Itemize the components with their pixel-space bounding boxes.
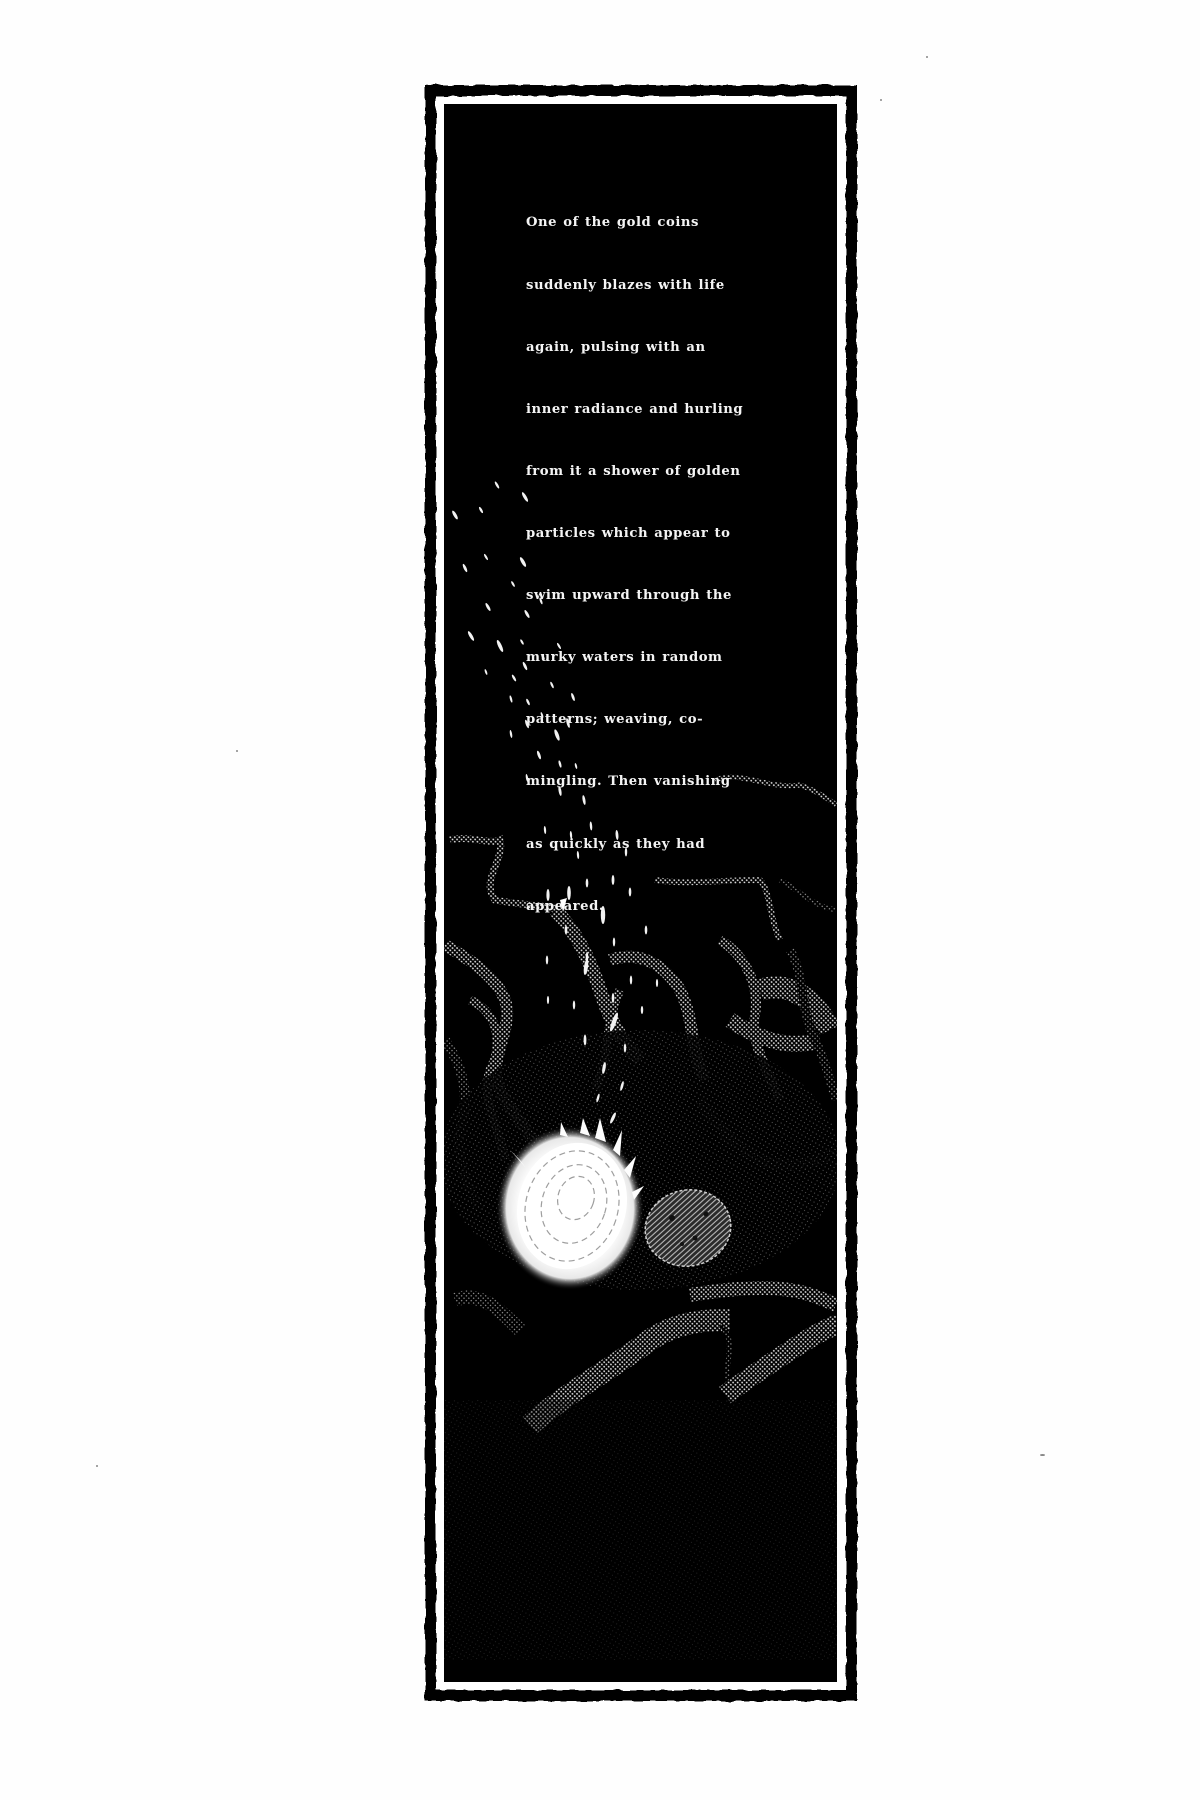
caption-line: from it a shower of golden [526,462,786,483]
paper-speck [926,56,928,58]
caption-line: murky waters in random [526,648,786,669]
narrative-caption: One of the gold coins suddenly blazes wi… [526,172,786,959]
paper-speck [96,1465,98,1467]
caption-line: patterns; weaving, co- [526,710,786,731]
caption-line: suddenly blazes with life [526,276,786,297]
paper-speck [880,99,882,101]
caption-line: again, pulsing with an [526,338,786,359]
book-page: One of the gold coins suddenly blazes wi… [0,0,1200,1800]
caption-line: particles which appear to [526,524,786,545]
caption-line: inner radiance and hurling [526,400,786,421]
caption-line: swim upward through the [526,586,786,607]
paper-speck [236,750,238,752]
caption-line: One of the gold coins [526,213,786,234]
caption-line: as quickly as they had [526,835,786,856]
caption-line: mingling. Then vanishing [526,772,786,793]
paper-speck [1040,1454,1045,1456]
caption-line: appeared. [526,897,786,918]
